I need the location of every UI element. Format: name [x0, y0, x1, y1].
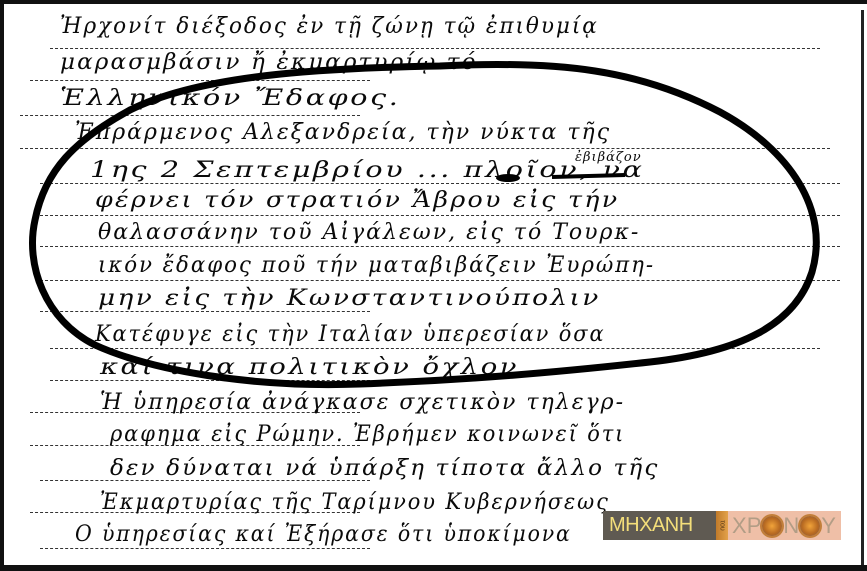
handwritten-line-8: ικόν ἔδαφος ποῦ τήν ματαβιβάζειν Ἐυρώπη- — [98, 253, 655, 278]
handwritten-line-15: Ἐκμαρτυρίας τῆς Ταρίμνου Κυβερνήσεως — [100, 490, 610, 515]
handwritten-line-16: Ο ὑπηρεσίας καί Ἐξήρασε ὅτι ὑποκίμονα — [75, 522, 572, 547]
ruled-line — [40, 280, 840, 281]
handwritten-line-11: καί τινα πολιτικὸν ὄχλον. — [100, 355, 530, 380]
watermark-small-text: του — [718, 520, 725, 530]
watermark-letter: Υ — [821, 513, 836, 539]
watermark-letter: Ρ — [747, 513, 762, 539]
ruled-line — [50, 48, 820, 49]
handwritten-line-12: Ἡ ὑπηρεσία ἀνάγκασε σχετικὸν τηλεγρ- — [100, 390, 625, 415]
gear-icon — [800, 516, 820, 536]
scan-border-left — [0, 0, 4, 571]
gear-icon — [762, 516, 782, 536]
handwritten-line-13: ραφημα εἰς Ρώμην. Ἐβρήμεν κοινωνεῖ ὅτι — [110, 422, 625, 447]
handwritten-line-2: μαρασμβάσιν ἤ ἐκμαρτυρίῳ τό — [60, 50, 478, 75]
handwritten-line-3: Ἑλληνικόν Ἔδαφος. — [60, 86, 400, 111]
watermark-left-text: ΜΗΧΑΝΗ — [609, 514, 693, 537]
handwritten-line-9: μην εἰς τὴν Κωνσταντινούπολιν — [98, 286, 601, 311]
watermark-right: Χ Ρ Ν Υ — [728, 511, 841, 540]
handwritten-line-7: θαλασσάνην τοῦ Αἰγάλεων, εἰς τό Τουρκ- — [98, 220, 640, 245]
ruled-line — [40, 246, 840, 247]
handwritten-line-5: 1ης 2 Σεπτεμβρίου ... πλοῖον, να — [90, 158, 645, 183]
watermark-logo: ΜΗΧΑΝΗ του Χ Ρ Ν Υ — [603, 511, 841, 540]
ruled-line — [50, 348, 820, 349]
scan-border-top — [0, 0, 867, 4]
handwritten-line-6: φέρνει τόν στρατιόν Ἄβρου εἰς τήν — [95, 188, 619, 213]
ruled-line — [40, 311, 370, 312]
ruled-line — [50, 380, 370, 381]
ruled-line — [30, 80, 370, 81]
scan-border-right — [861, 10, 864, 565]
ruled-line — [40, 215, 840, 216]
watermark-left: ΜΗΧΑΝΗ — [603, 511, 716, 540]
handwritten-line-4: Ἐπράρμενος Αλεξανδρεία, τὴν νύκτα τῆς — [75, 120, 611, 145]
scan-border-bottom — [0, 565, 867, 571]
scanned-document-page: Ἠρχονίτ διέξοδος ἐν τῇ ζώνῃ τῷ ἐπιθυμίᾳ … — [0, 0, 867, 571]
handwritten-line-14: δεν δύναται νά ὑπάρξη τίποτα ἄλλο τῆς — [110, 456, 659, 481]
watermark-letter: Χ — [732, 513, 747, 539]
handwritten-line-1: Ἠρχονίτ διέξοδος ἐν τῇ ζώνῃ τῷ ἐπιθυμίᾳ — [60, 14, 599, 39]
ruled-line — [40, 548, 370, 549]
ruled-line — [20, 148, 830, 149]
ruled-line — [40, 183, 840, 184]
ruled-line — [20, 115, 360, 116]
watermark-letter: Ν — [783, 513, 799, 539]
handwritten-line-10: Κατέφυγε εἰς τὴν Ιταλίαν ὑπερεσίαν ὅσα — [95, 322, 605, 347]
watermark-divider: του — [716, 511, 728, 540]
